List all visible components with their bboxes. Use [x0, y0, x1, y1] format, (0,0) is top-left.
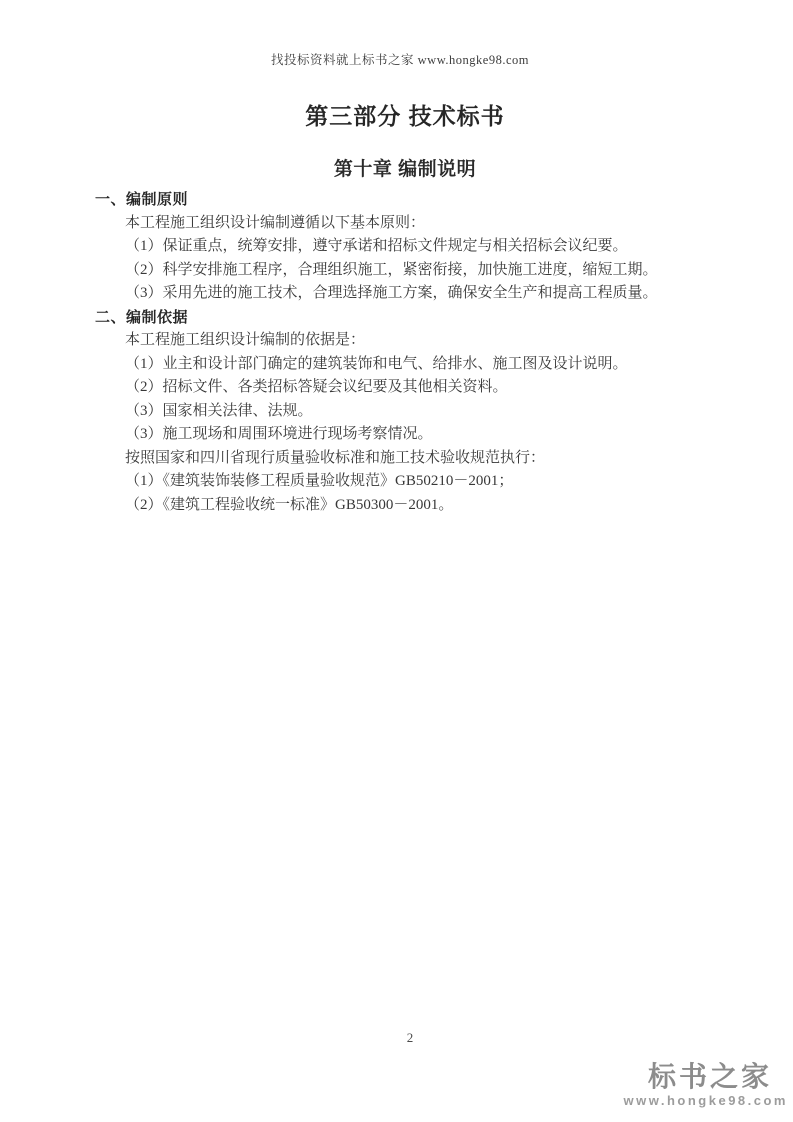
chapter-title: 第十章 编制说明 [95, 154, 715, 181]
section-2-item-3: （3）国家相关法律、法规。 [95, 400, 707, 424]
section-2-extra-intro: 按照国家和四川省现行质量验收标准和施工技术验收规范执行： [95, 447, 707, 471]
page-number: 2 [95, 1030, 725, 1046]
section-1-item-2: （2）科学安排施工程序，合理组织施工，紧密衔接，加快施工进度，缩短工期。 [95, 259, 707, 283]
section-2-intro: 本工程施工组织设计编制的依据是： [95, 329, 707, 353]
section-2-item-1: （1）业主和设计部门确定的建筑装饰和电气、给排水、施工图及设计说明。 [95, 353, 707, 377]
section-2-item-4: （3）施工现场和周围环境进行现场考察情况。 [95, 423, 707, 447]
watermark-url: www.hongke98.com [624, 1093, 789, 1108]
document-title: 第三部分 技术标书 [95, 98, 715, 131]
watermark: 标书之家 www.hongke98.com [624, 1062, 789, 1108]
section-2-item-2: （2）招标文件、各类招标答疑会议纪要及其他相关资料。 [95, 376, 707, 400]
document-page: 找投标资料就上标书之家 www.hongke98.com 第三部分 技术标书 第… [0, 0, 793, 1122]
page-header-text: 找投标资料就上标书之家 www.hongke98.com [95, 50, 705, 68]
document-body: 一、编制原则 本工程施工组织设计编制遵循以下基本原则： （1）保证重点，统筹安排… [95, 188, 707, 517]
section-1-item-3: （3）采用先进的施工技术，合理选择施工方案，确保安全生产和提高工程质量。 [95, 282, 707, 306]
section-1-heading: 一、编制原则 [95, 188, 707, 212]
section-2-standard-1: （1）《建筑装饰装修工程质量验收规范》GB50210－2001； [95, 470, 707, 494]
section-2-heading: 二、编制依据 [95, 306, 707, 330]
section-1-item-1: （1）保证重点，统筹安排，遵守承诺和招标文件规定与相关招标会议纪要。 [95, 235, 707, 259]
section-1-intro: 本工程施工组织设计编制遵循以下基本原则： [95, 212, 707, 236]
watermark-logo: 标书之家 [624, 1062, 773, 1092]
section-2-standard-2: （2）《建筑工程验收统一标准》GB50300－2001。 [95, 494, 707, 518]
